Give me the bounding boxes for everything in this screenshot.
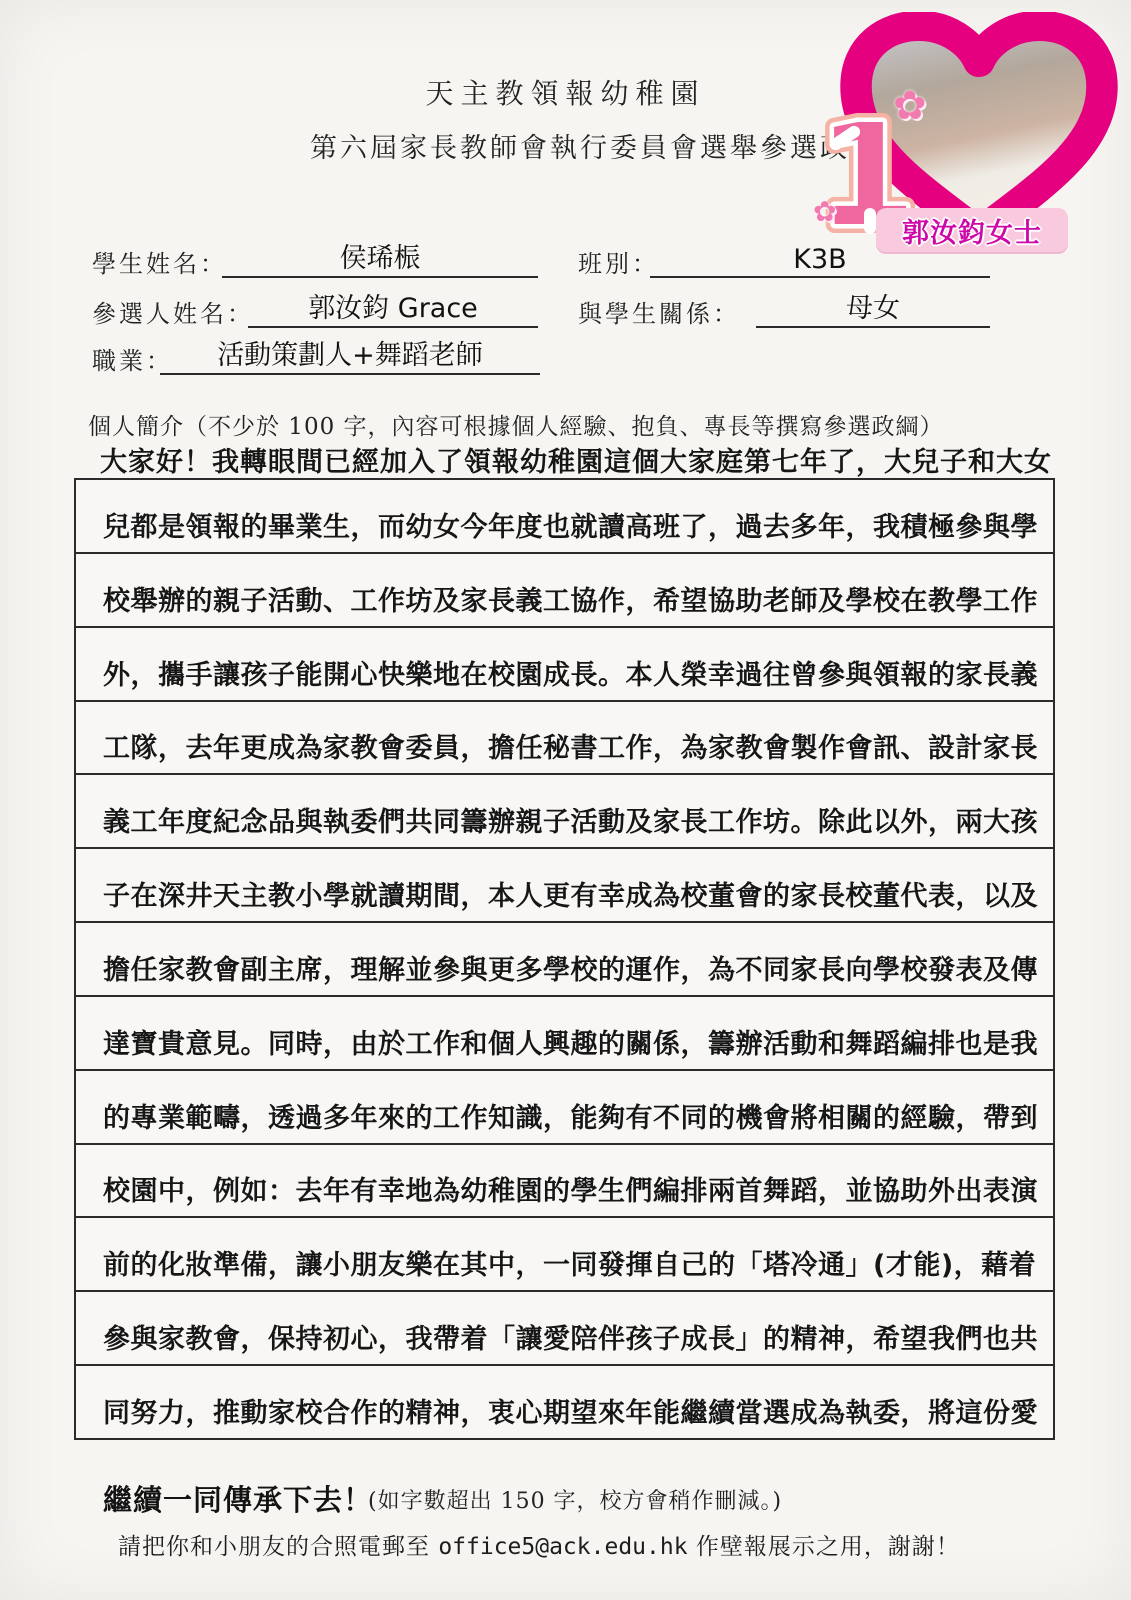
contact-email: office5@ack.edu.hk	[438, 1534, 687, 1560]
scanned-form-page: 天主教領報幼稚園 第六屆家長教師會執行委員會選舉參選政綱 1 1 1 ✿ ✿ 郭…	[0, 0, 1131, 1600]
page-subtitle: 第六屆家長教師會執行委員會選舉參選政綱	[310, 126, 880, 165]
bio-line: 校園中，例如：去年有幸地為幼稚園的學生們編排兩首舞蹈，並協助外出表演	[76, 1145, 1053, 1219]
bio-line: 達寶貴意見。同時，由於工作和個人興趣的關係，籌辦活動和舞蹈編排也是我	[76, 997, 1053, 1071]
relationship-label: 與學生關係：	[578, 294, 740, 329]
bio-line: 工隊，去年更成為家教會委員，擔任秘書工作，為家教會製作會訊、設計家長	[76, 702, 1053, 776]
candidate-name-field-label: 參選人姓名：	[92, 294, 254, 329]
bio-line: 的專業範疇，透過多年來的工作知識，能夠有不同的機會將相關的經驗，帶到	[76, 1071, 1053, 1145]
bio-line: 義工年度紀念品與執委們共同籌辦親子活動及家長工作坊。除此以外，兩大孩	[76, 775, 1053, 849]
student-name-label: 學生姓名：	[92, 244, 227, 279]
bio-line: 擔任家教會副主席，理解並參與更多學校的運作，為不同家長向學校發表及傳	[76, 923, 1053, 997]
bio-line: 校舉辦的親子活動、工作坊及家長義工協作，希望協助老師及學校在教學工作	[76, 554, 1053, 628]
bio-line: 外，攜手讓孩子能開心快樂地在校園成長。本人榮幸過往曾參與領報的家長義	[76, 628, 1053, 702]
student-name-value: 侯琋桭	[340, 236, 421, 276]
footer-text-pre: 請把你和小朋友的合照電郵至	[118, 1534, 438, 1560]
bio-line: 參與家教會，保持初心，我帶着「讓愛陪伴孩子成長」的精神，希望我們也共	[76, 1292, 1053, 1366]
closing-statement: 繼續一同傳承下去！	[103, 1478, 373, 1519]
occupation-field: 活動策劃人+舞蹈老師	[160, 329, 540, 375]
flower-icon: ✿	[893, 86, 927, 126]
relationship-value: 母女	[846, 286, 900, 326]
footer-text-post: 作壁報展示之用，謝謝！	[688, 1534, 960, 1560]
relationship-field: 母女	[756, 282, 990, 328]
word-limit-note: (如字數超出 150 字，校方會稍作刪減。)	[368, 1484, 782, 1515]
bio-line: 同努力，推動家校合作的精神，衷心期望來年能繼續當選成為執委，將這份愛	[76, 1366, 1053, 1438]
occupation-value: 活動策劃人+舞蹈老師	[217, 333, 483, 373]
bio-line: 子在深井天主教小學就讀期間，本人更有幸成為校董會的家長校董代表，以及	[76, 849, 1053, 923]
candidate-name-banner: 郭汝鈞女士	[876, 208, 1068, 252]
candidate-name-field: 郭汝鈞 Grace	[248, 282, 538, 328]
bio-line: 前的化妝準備，讓小朋友樂在其中，一同發揮自己的「塔冷通」(才能)，藉着	[76, 1218, 1053, 1292]
candidate-name-value: 郭汝鈞 Grace	[308, 286, 478, 326]
student-name-field: 侯琋桭	[222, 232, 538, 278]
intro-instructions: 個人簡介（不少於 100 字，內容可根據個人經驗、抱負、專長等撰寫參選政綱）	[88, 408, 944, 441]
candidate-name-label: 郭汝鈞女士	[902, 211, 1042, 250]
photo-email-instruction: 請把你和小朋友的合照電郵至 office5@ack.edu.hk 作壁報展示之用…	[118, 1528, 960, 1561]
bio-line: 兒都是領報的畢業生，而幼女今年度也就讀高班了，過去多年，我積極參與學	[76, 480, 1053, 554]
bio-line: 大家好！我轉眼間已經加入了領報幼稚園這個大家庭第七年了，大兒子和大女	[100, 440, 1052, 479]
flower-icon: ✿	[813, 198, 836, 226]
class-label: 班別：	[578, 244, 659, 279]
bio-text-box: 兒都是領報的畢業生，而幼女今年度也就讀高班了，過去多年，我積極參與學 校舉辦的親…	[74, 478, 1055, 1440]
